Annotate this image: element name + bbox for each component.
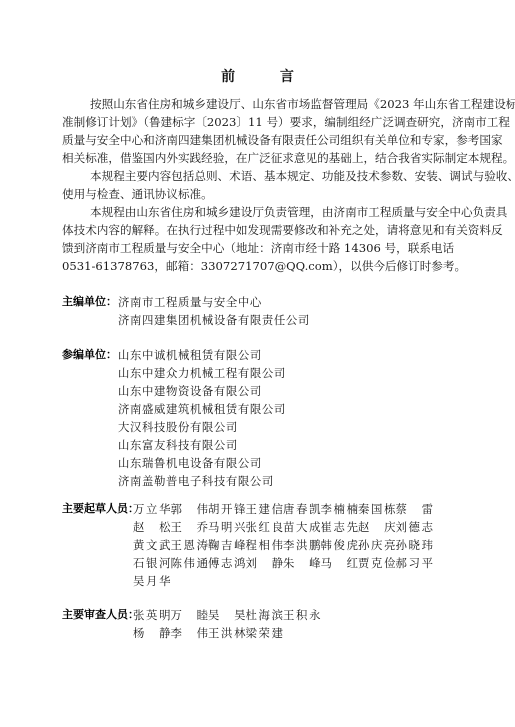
person-name: 张红良 <box>246 518 284 536</box>
paragraph-1-line-1: 按照山东省住房和城乡建设厅、山东省市场监督管理局《2023 年山东省工程建设标 <box>62 95 453 113</box>
person-name: 郭 伟 <box>171 500 209 518</box>
person-name: 梁荣建 <box>246 624 284 642</box>
person-name: 刘德志 <box>396 518 434 536</box>
person-name: 李楠楠 <box>321 500 359 518</box>
person-name: 万 睦 <box>171 606 209 624</box>
paragraph-1-line-4: 相关标准，借鉴国内外实践经验，在广泛征求意见的基础上，结合我省实际制定本规程。 <box>62 149 453 167</box>
co-editor-unit: 山东富友科技有限公司 <box>118 436 238 454</box>
document-page: 前 言 按照山东省住房和城乡建设厅、山东省市场监督管理局《2023 年山东省工程… <box>0 0 515 727</box>
co-editor-unit: 山东中建众力机械工程有限公司 <box>118 364 286 382</box>
person-name: 杜海滨 <box>246 606 284 624</box>
person-name: 孙晓玮 <box>396 536 434 554</box>
person-name: 马 红 <box>321 554 359 572</box>
drafters-row: 吴月华 <box>133 572 171 590</box>
person-name: 蔡 雷 <box>396 500 434 518</box>
person-name: 李洪鹏 <box>283 536 321 554</box>
person-name: 王积永 <box>283 606 321 624</box>
chief-editors-label: 主编单位： <box>62 293 117 311</box>
person-name: 李 伟 <box>171 624 209 642</box>
person-name: 吴月华 <box>133 572 171 590</box>
paragraph-3-line-1: 本规程由山东省住房和城乡建设厅负责管理，由济南市工程质量与安全中心负责具 <box>62 203 453 221</box>
person-name: 苗大成 <box>283 518 321 536</box>
person-name: 秦国栋 <box>358 500 396 518</box>
page-title: 前 言 <box>0 66 515 86</box>
person-name: 王洪林 <box>208 624 246 642</box>
person-name: 马明兴 <box>208 518 246 536</box>
person-name: 陈伟通 <box>171 554 209 572</box>
person-name: 黄文武 <box>133 536 171 554</box>
person-name: 朱 峰 <box>283 554 321 572</box>
chief-editor-unit: 济南市工程质量与安全中心 <box>118 293 262 311</box>
person-name: 孙庆亮 <box>358 536 396 554</box>
person-name: 张英明 <box>133 606 171 624</box>
person-name: 韩俊虎 <box>321 536 359 554</box>
person-name: 吴 昊 <box>208 606 246 624</box>
co-editor-unit: 山东中建物资设备有限公司 <box>118 382 262 400</box>
co-editor-unit: 济南盖勒普电子科技有限公司 <box>118 472 274 490</box>
person-name: 石银河 <box>133 554 171 572</box>
drafters-row: 赵 松 王 乔 马明兴 张红良 苗大成 崔志先 赵 庆 刘德志 <box>133 518 433 536</box>
person-name: 贾克俭 <box>358 554 396 572</box>
person-name: 刘 静 <box>246 554 284 572</box>
paragraph-3-line-4: 0531-61378763，邮箱：3307271707@QQ.com），以供今后… <box>62 257 453 275</box>
drafters-row: 石银河 陈伟通 傅志鸿 刘 静 朱 峰 马 红 贾克俭 郝习平 <box>133 554 433 572</box>
paragraph-3-line-2: 体技术内容的解释。在执行过程中如发现需要修改和补充之处，请将意见和有关资料反 <box>62 221 453 239</box>
chief-editor-unit: 济南四建集团机械设备有限责任公司 <box>118 311 310 329</box>
co-editor-unit: 大汉科技股份有限公司 <box>118 418 238 436</box>
reviewers-row: 杨 静 李 伟 王洪林 梁荣建 <box>133 624 283 642</box>
paragraph-2-line-1: 本规程主要内容包括总则、术语、基本规定、功能及技术参数、安装、调试与验收、 <box>62 167 453 185</box>
paragraph-1-line-3: 质量与安全中心和济南四建集团机械设备有限责任公司组织有关单位和专家，参考国家 <box>62 131 453 149</box>
co-editor-unit: 济南盛威建筑机械租赁有限公司 <box>118 400 286 418</box>
person-name: 赵 庆 <box>358 518 396 536</box>
drafters-label: 主要起草人员： <box>62 500 139 518</box>
person-name: 胡开锋 <box>208 500 246 518</box>
drafters-row: 黄文武 王恩涛 鞠吉峰 程相伟 李洪鹏 韩俊虎 孙庆亮 孙晓玮 <box>133 536 433 554</box>
paragraph-1-line-2: 准制修订计划》（鲁建标字〔2023〕11 号）要求，编制组经广泛调查研究，济南市… <box>62 113 453 131</box>
reviewers-row: 张英明 万 睦 吴 昊 杜海滨 王积永 <box>133 606 321 624</box>
co-editor-unit: 山东瑞鲁机电设备有限公司 <box>118 454 262 472</box>
person-name: 杨 静 <box>133 624 171 642</box>
person-name: 王建信 <box>246 500 284 518</box>
co-editor-unit: 山东中诚机械租赁有限公司 <box>118 346 262 364</box>
co-editors-label: 参编单位： <box>62 346 117 364</box>
drafters-row: 万立华 郭 伟 胡开锋 王建信 唐春凯 李楠楠 秦国栋 蔡 雷 <box>133 500 433 518</box>
person-name: 崔志先 <box>321 518 359 536</box>
person-name: 郝习平 <box>396 554 434 572</box>
person-name: 万立华 <box>133 500 171 518</box>
person-name: 程相伟 <box>246 536 284 554</box>
paragraph-2-line-2: 使用与检查、通讯协议标准。 <box>62 185 453 203</box>
person-name: 王恩涛 <box>171 536 209 554</box>
paragraph-3-line-3: 馈到济南市工程质量与安全中心（地址：济南市经十路 14306 号，联系电话 <box>62 239 453 257</box>
person-name: 鞠吉峰 <box>208 536 246 554</box>
person-name: 傅志鸿 <box>208 554 246 572</box>
person-name: 唐春凯 <box>283 500 321 518</box>
reviewers-label: 主要审查人员： <box>62 606 139 624</box>
person-name: 王 乔 <box>171 518 209 536</box>
person-name: 赵 松 <box>133 518 171 536</box>
